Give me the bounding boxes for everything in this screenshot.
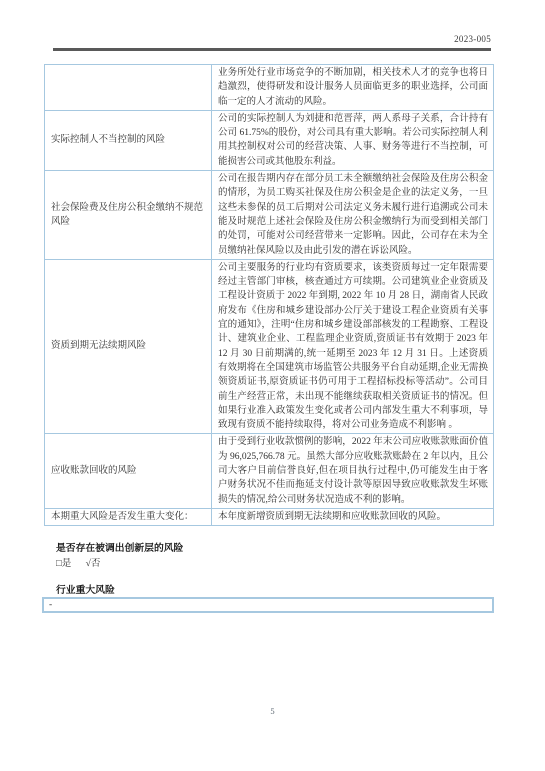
risk-description-cell: 由于受到行业收款惯例的影响，2022 年末公司应收账款账面价值为 96,025,…	[212, 434, 494, 508]
table-row: 应收账款回收的风险 由于受到行业收款惯例的影响，2022 年末公司应收账款账面价…	[45, 434, 494, 508]
innovation-layer-risk-heading: 是否存在被调出创新层的风险	[56, 540, 183, 554]
risk-description-cell: 公司主要服务的行业均有资质要求，该类资质每过一定年限需要经过主管部门审核，核查通…	[212, 259, 494, 434]
risk-description-cell: 公司在报告期内存在部分员工未全额缴纳社会保险及住房公积金的情形，为员工购买社保及…	[212, 171, 494, 260]
page-number: 5	[0, 706, 545, 716]
table-row: 资质到期无法续期风险 公司主要服务的行业均有资质要求，该类资质每过一定年限需要经…	[45, 259, 494, 434]
risk-description-cell: 本年度新增资质到期无法续期和应收账款回收的风险。	[212, 508, 494, 525]
risk-description-cell: 公司的实际控制人为刘捷和范晋萍，两人系母子关系，合计持有公司 61.75%的股份…	[212, 110, 494, 170]
risk-name-cell: 实际控制人不当控制的风险	[45, 110, 212, 170]
table-row: 本期重大风险是否发生重大变化： 本年度新增资质到期无法续期和应收账款回收的风险。	[45, 508, 494, 525]
risk-table: 业务所处行业市场竞争的不断加剧，相关技术人才的竞争也将日趋激烈，使得研发和设计服…	[44, 64, 494, 526]
innovation-layer-options: □是 √否	[56, 555, 112, 569]
checkbox-option-no-checked: √否	[86, 559, 101, 569]
table-row: 社会保险费及住房公积金缴纳不规范风险 公司在报告期内存在部分员工未全额缴纳社会保…	[45, 171, 494, 260]
table-row: 业务所处行业市场竞争的不断加剧，相关技术人才的竞争也将日趋激烈，使得研发和设计服…	[45, 65, 494, 111]
risk-description-cell: 业务所处行业市场竞争的不断加剧，相关技术人才的竞争也将日趋激烈，使得研发和设计服…	[212, 65, 494, 111]
risk-name-cell	[45, 65, 212, 111]
document-number: 2023-005	[53, 34, 491, 44]
risk-name-cell: 资质到期无法续期风险	[45, 259, 212, 434]
checkbox-option-yes: □是	[56, 559, 71, 569]
industry-risk-heading: 行业重大风险	[56, 582, 115, 596]
document-page: 2023-005 业务所处行业市场竞争的不断加剧，相关技术人才的竞争也将日趋激烈…	[0, 0, 545, 771]
risk-name-cell: 社会保险费及住房公积金缴纳不规范风险	[45, 171, 212, 260]
industry-risk-value: -	[44, 599, 492, 611]
industry-risk-box: -	[42, 597, 494, 613]
header-divider	[53, 48, 491, 51]
table-row: 实际控制人不当控制的风险 公司的实际控制人为刘捷和范晋萍，两人系母子关系，合计持…	[45, 110, 494, 170]
risk-name-cell: 应收账款回收的风险	[45, 434, 212, 508]
risk-name-cell: 本期重大风险是否发生重大变化：	[45, 508, 212, 525]
